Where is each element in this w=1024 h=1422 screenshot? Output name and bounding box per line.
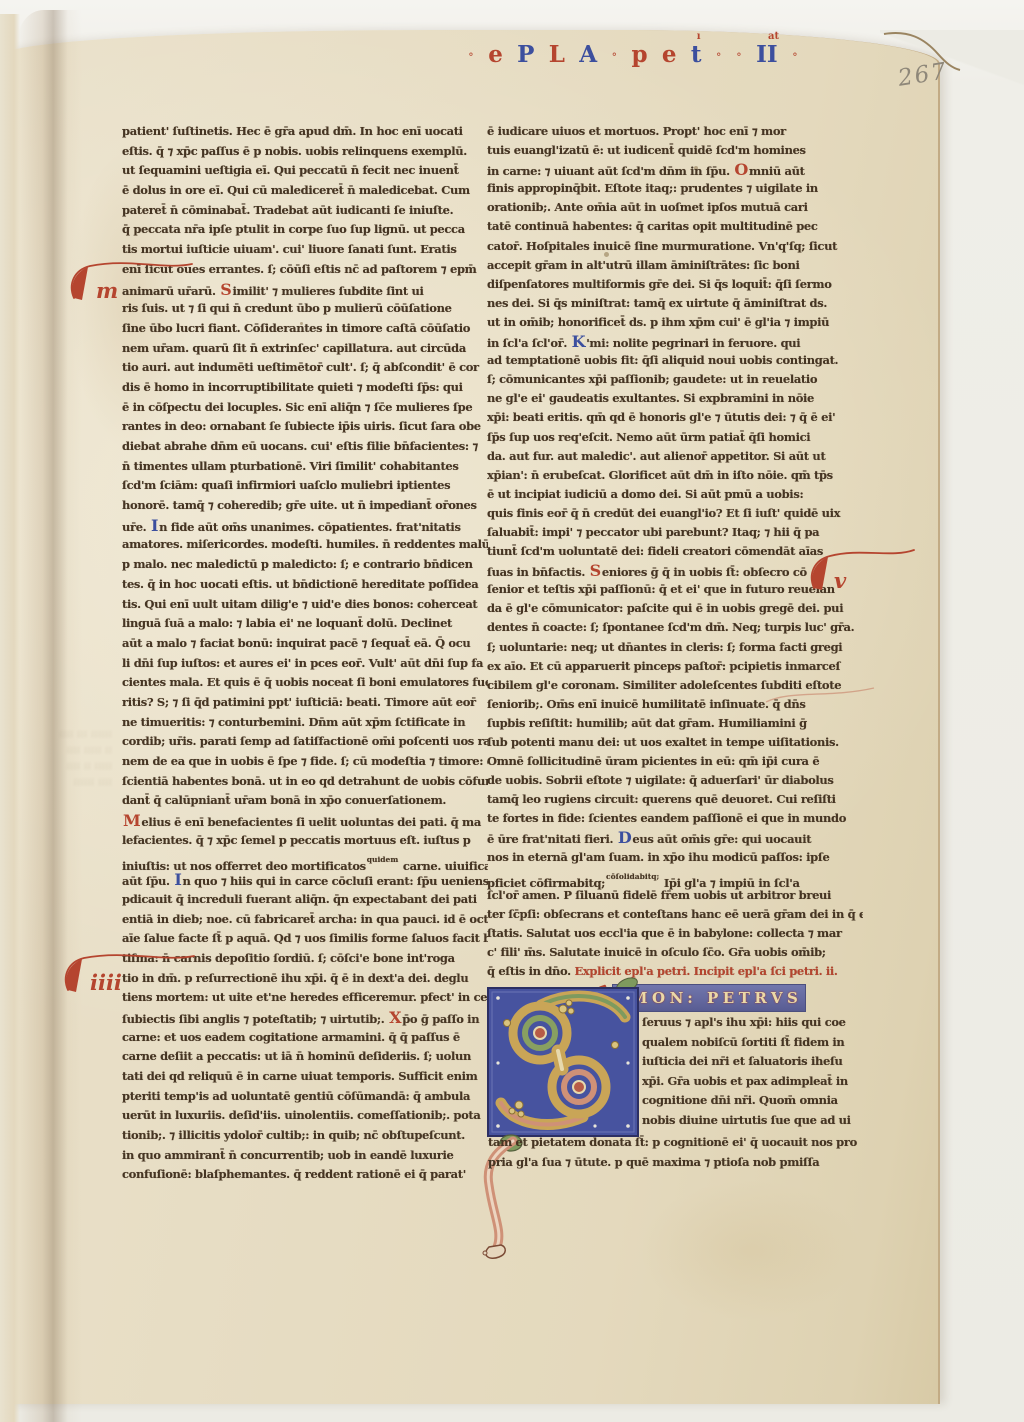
header-letter: e: [488, 43, 503, 66]
text-line: dant̄ q̄ calūpniant̄ ur̄am bonā in xp̄o …: [122, 791, 488, 811]
text-line: cognitione dn̄i nr̄i. Quom̄ omnia: [642, 1091, 866, 1111]
text-line: ut in om̄ib; honorificet̄ ds. p ihm xp̄m…: [487, 313, 863, 332]
text-line: rantes in deo: ornabant ſe ſubiecte ip̄i…: [122, 417, 488, 437]
text-line: nes dei. Si q̄s miniſtrat: tamq̄ ex uirt…: [487, 294, 863, 313]
text-line: entiā in dieb; noe. cū fabricaret̄ archa…: [122, 910, 488, 930]
text-line: cientes mala. Et quis ē q̄ uobis noceat …: [122, 673, 488, 693]
text-line: ſcd'm ſciām: quaſi infirmiori uaſclo mul…: [122, 476, 488, 496]
text-line: p malo. nec maledictū p maledicto: ſ; e …: [122, 555, 488, 575]
text-line: amatores. miſericordes. modeſti. humiles…: [122, 535, 488, 555]
text-line: in ſcl'a ſcl'or̄. K'mi: nolite pegrinari…: [487, 332, 863, 351]
text-line: eſtis. q̄ ⁊ xp̄c paſſus ē p nobis. uobis…: [122, 142, 488, 162]
chapter-mark-iiii: iiii: [54, 948, 204, 1002]
text-line: patient' ſuſtinetis. Hec ē gr̄a apud dm̄…: [122, 122, 488, 142]
text-line: dis ē homo in incorruptibilitate quieti …: [122, 378, 488, 398]
header-dot: ∘: [468, 47, 474, 61]
header-letter: e: [662, 43, 677, 66]
text-line: iniuſtis: ut nos offerret deo mortificat…: [122, 850, 488, 870]
text-line: ad temptationē uobis fit: q̄ſi aliquid n…: [487, 351, 863, 370]
text-line: Melius ē enī benefacientes ſi uelit uolu…: [122, 811, 488, 831]
text-line: lefacientes. q̄ ⁊ xp̄c ſemel p peccatis …: [122, 831, 488, 851]
text-line: ſubiectis ſibi anglis ⁊ poteſtatib; ⁊ ui…: [122, 1008, 488, 1028]
text-line: diebat abrahe dn̄m eū uocans. cui' eſtis…: [122, 437, 488, 457]
text-line: honorē. tamq̄ ⁊ coheredib; gr̄e uite. ut…: [122, 496, 488, 516]
text-line: ne timueritis: ⁊ conturbemini. Dn̄m aūt …: [122, 713, 488, 733]
text-showthrough: ıııııı ııı ıııııı ııııı ııııııııı ıı ııı…: [22, 726, 112, 816]
header-dot: ∘: [716, 47, 722, 61]
text-line: dentes n̄ coacte: ſ; ſpontanee ſcd'm dm̄…: [487, 618, 863, 637]
previous-leaf-edge: [0, 14, 20, 1422]
text-line: ē ut incipiat iudiciū a domo dei. Si aūt…: [487, 485, 863, 504]
text-line: ſcl'or̄ amen. P ſiluanū fidelē fr̄em uob…: [487, 886, 863, 905]
text-line: iuſticia dei nr̄i et ſaluatoris iheſu: [642, 1052, 866, 1072]
header-letter: p: [632, 43, 648, 66]
text-line: xp̄i: beati eritis. qm̄ qd ē honoris gl'…: [487, 408, 863, 427]
text-line: linguā ſuā a malo: ⁊ labia ei' ne loquan…: [122, 614, 488, 634]
text-line: c' fili' m̄s. Salutate inuicē in oſculo …: [487, 943, 863, 962]
text-line: orationib;. Ante om̄ia aūt in uoſmet ipſ…: [487, 198, 863, 217]
running-header: ∘ePLA∘petı∘∘IIat∘: [468, 34, 798, 74]
text-line: aūt a malo ⁊ faciat bonū: inquirat pacē …: [122, 634, 488, 654]
text-line: ē ūre frat'nitati fieri. Deus aūt om̄is …: [487, 828, 863, 847]
text-line: carne: et uos eadem cogitatione armamini…: [122, 1028, 488, 1048]
header-letter: A: [579, 43, 597, 66]
text-line: confuſionē: blaſphemantes. q̄ reddent ra…: [122, 1165, 488, 1185]
text-line: tis mortui iuſticie uiuam'. cui' liuore …: [122, 240, 488, 260]
text-line: ſaluabit̄: impi' ⁊ peccator ubi parebunt…: [487, 523, 863, 542]
text-line: pficiet cōfirmabitq;cōſolidabitq; Ip̄i g…: [487, 867, 863, 886]
text-line: pteriti temp'is ad uoluntatē gentiū cōſū…: [122, 1087, 488, 1107]
text-line: ē dolus in ore eī. Qui cū malediceret̄ n…: [122, 181, 488, 201]
text-line: accepit gr̄am in alt'utrū illam āminiſtr…: [487, 256, 863, 275]
text-line: nem ur̄am. quarū ſit n̄ extrinſec' capil…: [122, 339, 488, 359]
text-line: ter ſc̄pſi: obſecrans et conteſtans hanc…: [487, 905, 863, 924]
text-line: nos in eternā gl'am ſuam. in xp̄o ihu mo…: [487, 848, 863, 867]
header-letter: IIat: [756, 43, 778, 66]
header-letter: P: [517, 43, 534, 66]
text-line: ſub potenti manu dei: ut uos exaltet in …: [487, 733, 863, 752]
faint-marginal-flourish: [760, 680, 880, 710]
text-line: pdicauit q̄ increduli fuerant aliq̄n. q̄…: [122, 890, 488, 910]
text-line: tamq̄ leo rugiens circuit: querens quē d…: [487, 790, 863, 809]
text-line: ex aīo. Et cū apparuerit pinceps paſtor̄…: [487, 657, 863, 676]
text-line: in quo ammirant̄ n̄ concurrentib; uob in…: [122, 1146, 488, 1166]
text-line: ſupbis reſiſtit: humilib; aūt dat gr̄am.…: [487, 714, 863, 733]
text-line: tio auri. aut indumēti ueſtimētor̄ cult'…: [122, 358, 488, 378]
text-line: ſp̄s ſup uos req'eſcit. Nemo aūt ūrm pat…: [487, 428, 863, 447]
text-line: quis finis eor̄ q̄ n̄ credūt dei euangl'…: [487, 504, 863, 523]
header-dot: ∘: [736, 47, 742, 61]
header-letter: L: [549, 43, 565, 66]
text-line: pria gl'a ſua ⁊ ūtute. p quē maxima ⁊ pt…: [488, 1153, 866, 1173]
incipit-text-beside-initial: ſeruus ⁊ apl's ihu xp̄i: hiis qui coequa…: [642, 1013, 866, 1131]
chapter-mark-v: v: [800, 544, 920, 604]
text-line: ur̄e. In fide aūt om̄s unanimes. cōpatie…: [122, 516, 488, 536]
text-line: tuis euangl'izatū ē: ut iudicent̄ quidē …: [487, 141, 863, 160]
text-line: ſ; cōmunicantes xp̄i paſſionib; gaudete:…: [487, 370, 863, 389]
text-line: ritis? S; ⁊ ſi q̄d patimini ppt' iuſtici…: [122, 693, 488, 713]
text-line: ē in cōſpectu dei locuples. Sic enī aliq…: [122, 398, 488, 418]
text-line: in carne: ⁊ uiuant aūt ſcd'm dn̄m in ſp̄…: [487, 160, 863, 179]
text-line: aīe ſalue facte ſt̄ p aquā. Qd ⁊ uos ſim…: [122, 929, 488, 949]
header-dot: ∘: [611, 47, 617, 61]
svg-text:m: m: [96, 278, 118, 303]
header-letter: tı: [691, 43, 702, 66]
text-line: ſ; uoluntarie: neq; ut dn̄antes in cleri…: [487, 638, 863, 657]
text-line: uerūt in luxuriis. deſid'iis. uinolentii…: [122, 1106, 488, 1126]
svg-text:v: v: [834, 568, 847, 593]
text-line: tam et pietatem donata ſt̄: p cognitionē…: [488, 1133, 866, 1153]
text-line: te fortes in fide: ſcientes eandem paſſi…: [487, 809, 863, 828]
text-line: nobis diuine uirtutis ſue que ad ui: [642, 1111, 866, 1131]
text-line: qualem nobiſcū ſortiti ſt̄ fidem in: [642, 1033, 866, 1053]
text-line: Omnē ſollicitudinē ūram picientes in eū:…: [487, 752, 863, 771]
text-line: tes. q̄ in hoc uocati eſtis. ut bn̄dicti…: [122, 575, 488, 595]
incipit-text-full-width: tam et pietatem donata ſt̄: p cognitionē…: [488, 1133, 866, 1172]
text-line: aūt ſp̄u. In quo ⁊ hiis qui in carce cōc…: [122, 870, 488, 890]
text-line: finis appropinq̄bit. Eſtote itaq;: prude…: [487, 179, 863, 198]
text-line: xp̄ian': n̄ erubeſcat. Glorificet aūt dm…: [487, 466, 863, 485]
illuminated-initial-S: [455, 975, 650, 1275]
text-line: diſpenſatores multiformis gr̄e dei. Si q…: [487, 275, 863, 294]
text-line: xp̄i. Gr̄a uobis et pax adimpleat̄ in: [642, 1072, 866, 1092]
text-line: cordib; ur̄is. parati ſemp ad ſatiſfacti…: [122, 732, 488, 752]
text-line: n̄ timentes ullam pturbationē. Viri ſimi…: [122, 457, 488, 477]
text-line: tatē continuā habentes: q̄ caritas opit …: [487, 217, 863, 236]
text-line: q̄ peccata nr̄a ipſe ptulit in corpe ſuo…: [122, 220, 488, 240]
text-line: da. aut fur. aut maledic'. aut alienor̄ …: [487, 447, 863, 466]
text-line: ſcientiā habentes bonā. ut in eo qd detr…: [122, 772, 488, 792]
text-line: ſtatis. Salutat uos eccl'ia que ē in bab…: [487, 924, 863, 943]
text-line: tis. Qui enī uult uitam dilig'e ⁊ uid'e …: [122, 595, 488, 615]
chapter-mark-iii: m: [60, 258, 200, 310]
text-line: li dn̄i ſup iuſtos: et aures ei' in pces…: [122, 654, 488, 674]
text-line: tionib;. ⁊ illicitis ydolor̄ cultib;: in…: [122, 1126, 488, 1146]
text-line: carne deſiit a peccatis: ut iā n̄ hominū…: [122, 1047, 488, 1067]
text-line: cator̄. Hoſpitales inuicē ſine murmurati…: [487, 237, 863, 256]
text-line: ſine ūbo lucri fiant. Cōſiderantes in ti…: [122, 319, 488, 339]
text-line: ut ſequamini ueſtigia eī. Qui peccatū n̄…: [122, 161, 488, 181]
header-dot: ∘: [792, 47, 798, 61]
text-line: ē iudicare uiuos et mortuos. Propt' hoc …: [487, 122, 863, 141]
svg-text:iiii: iiii: [90, 970, 122, 995]
text-line: de uobis. Sobrii eſtote ⁊ uigilate: q̄ a…: [487, 771, 863, 790]
text-line: nem de ea que in uobis ē ſpe ⁊ fide. ſ; …: [122, 752, 488, 772]
text-line: pateret̄ n̄ cōminabat̄. Tradebat aūt iud…: [122, 201, 488, 221]
binding-gutter-shadow: [18, 10, 82, 1422]
text-line: ne gl'e ei' gaudeatis exultantes. Si exp…: [487, 389, 863, 408]
text-line: tati dei qd reliquū ē in carne uiuat tem…: [122, 1067, 488, 1087]
text-line: ſeruus ⁊ apl's ihu xp̄i: hiis qui coe: [642, 1013, 866, 1033]
